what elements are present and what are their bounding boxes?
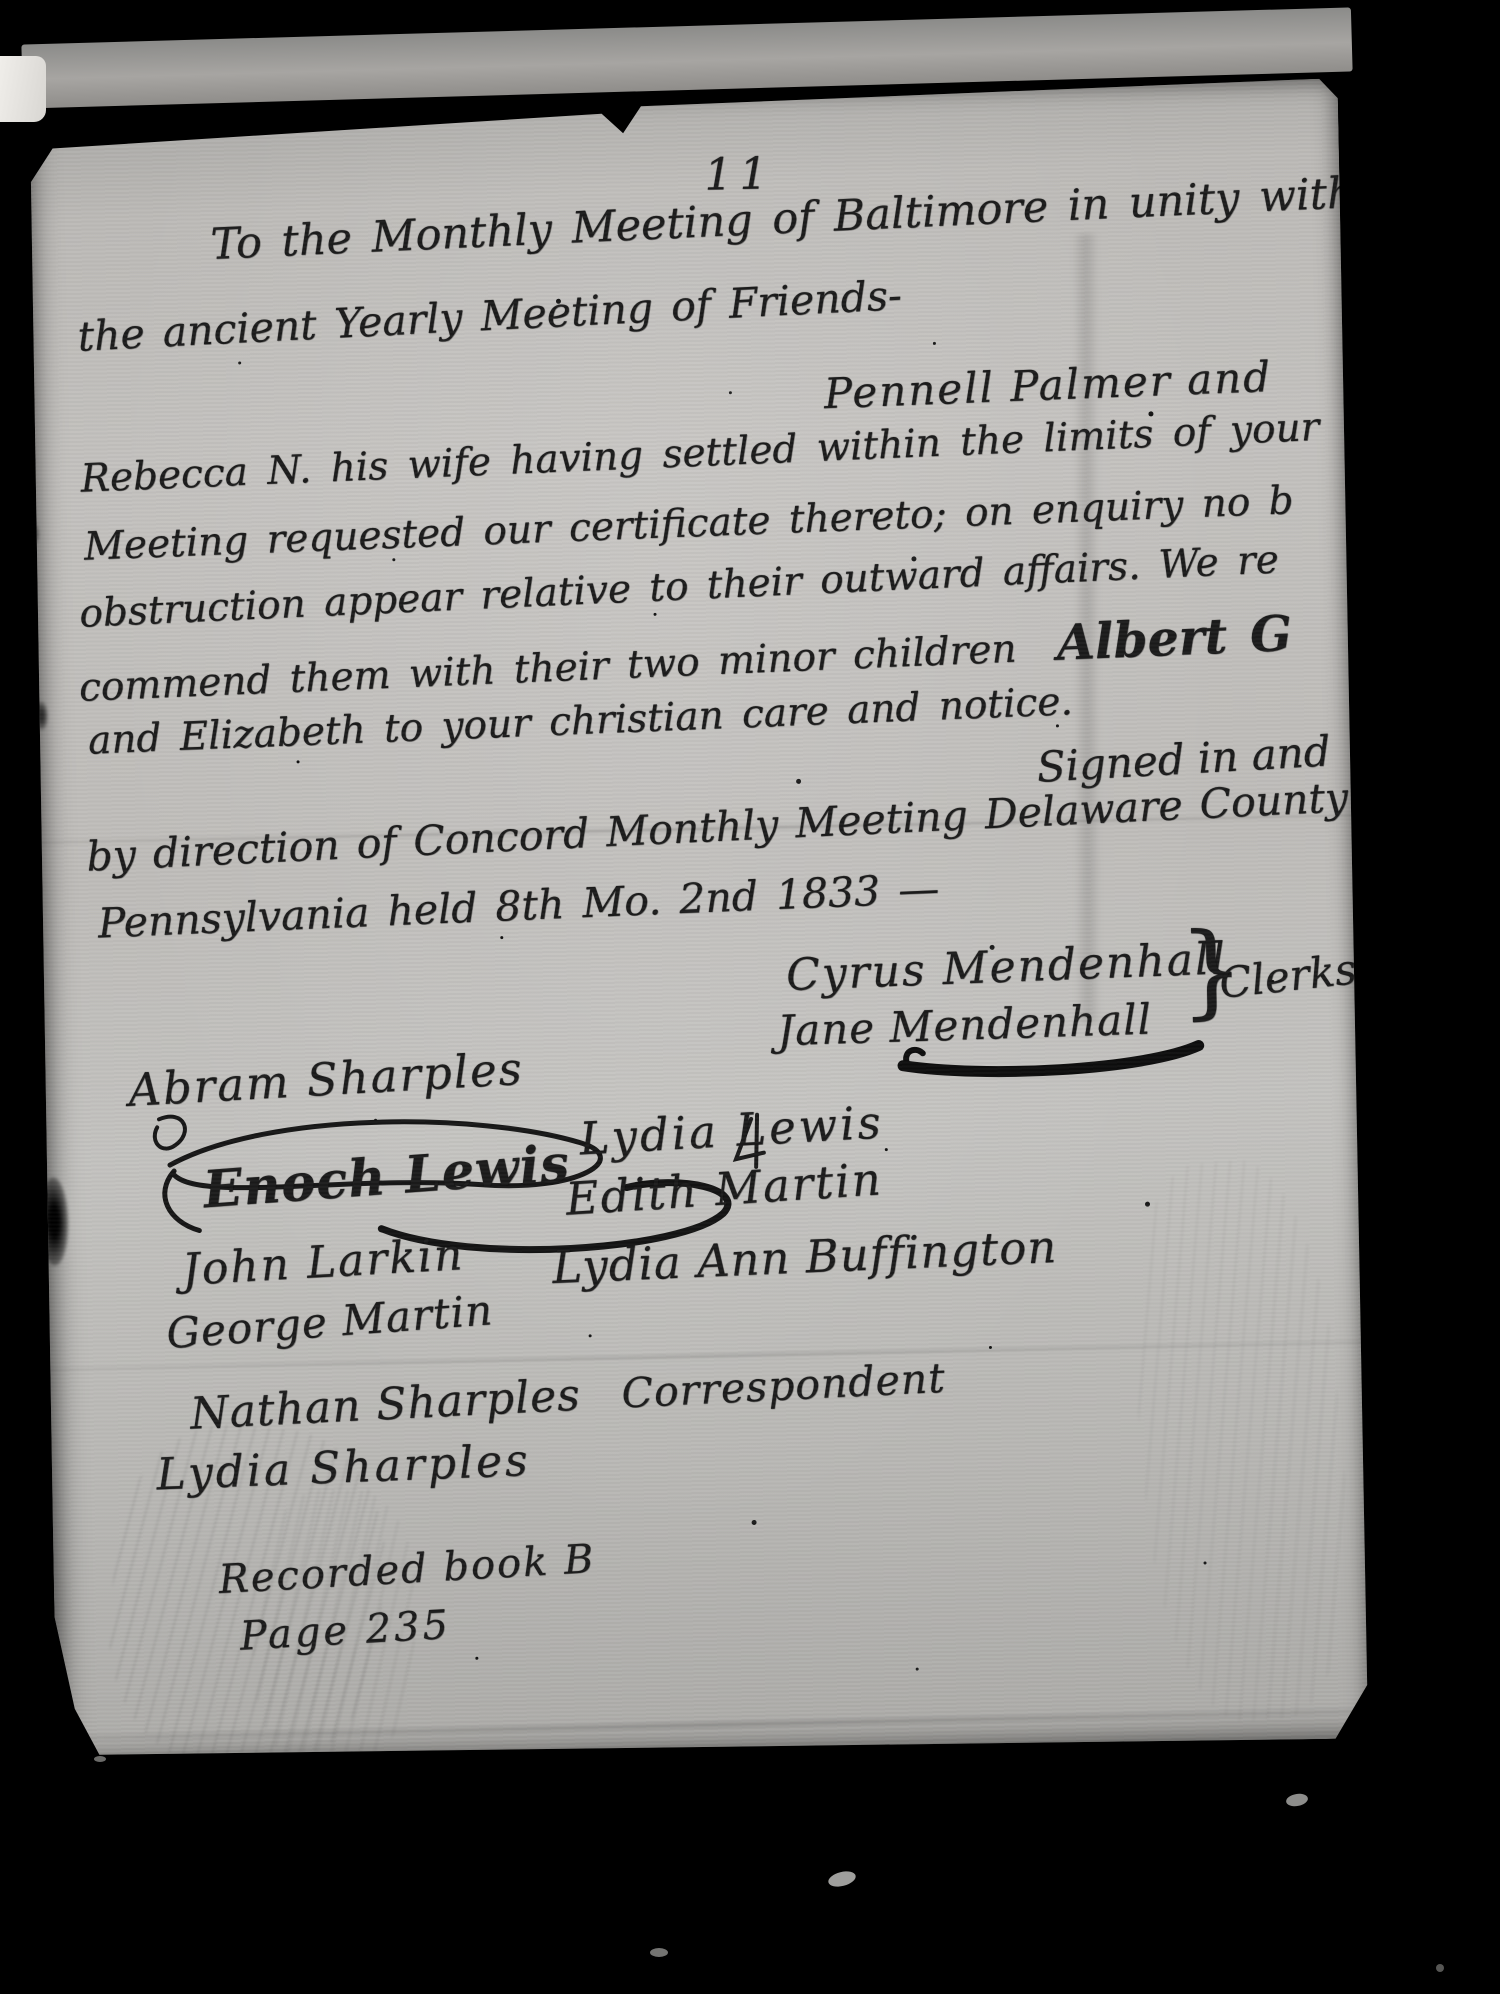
signature-nathan-sharples-name: Nathan Sharples xyxy=(189,1370,582,1440)
signature-cyrus-mendenhall: Cyrus Mendenhall xyxy=(785,933,1228,1001)
letter-salutation-line-2: the ancient Yearly Meeting of Friends- xyxy=(76,271,902,361)
letter-body-line-4-name: Albert G xyxy=(1055,604,1293,672)
certificate-paper: 11 To the Monthly Meeting of Baltimore i… xyxy=(23,78,1372,1765)
page-number: 11 xyxy=(704,148,775,200)
scan-artifact xyxy=(1436,1964,1444,1972)
letter-signed-line-2: by direction of Concord Monthly Meeting … xyxy=(85,773,1349,880)
scan-artifact xyxy=(650,1948,668,1957)
scan-artifact xyxy=(827,1869,858,1889)
ink-blot xyxy=(35,702,48,730)
scan-artifact xyxy=(1285,1792,1309,1808)
letter-signed-line-3: Pennsylvania held 8th Mo. 2nd 1833 — xyxy=(97,864,940,947)
letter-intro-names: Pennell Palmer and xyxy=(823,352,1273,418)
signature-george-martin: George Martin xyxy=(165,1285,495,1358)
paper-corner-patch xyxy=(0,56,46,122)
signature-nathan-sharples-role: Correspondent xyxy=(620,1354,946,1418)
scan-artifact xyxy=(94,1756,106,1762)
ink-blot xyxy=(30,524,39,544)
letter-salutation-line-1: To the Monthly Meeting of Baltimore in u… xyxy=(210,168,1356,270)
ink-blot xyxy=(39,1177,69,1266)
signature-underline-flourish xyxy=(892,1029,1213,1082)
ink-bleedthrough xyxy=(1116,1153,1366,1729)
scanned-document-page: 11 To the Monthly Meeting of Baltimore i… xyxy=(0,0,1500,1994)
